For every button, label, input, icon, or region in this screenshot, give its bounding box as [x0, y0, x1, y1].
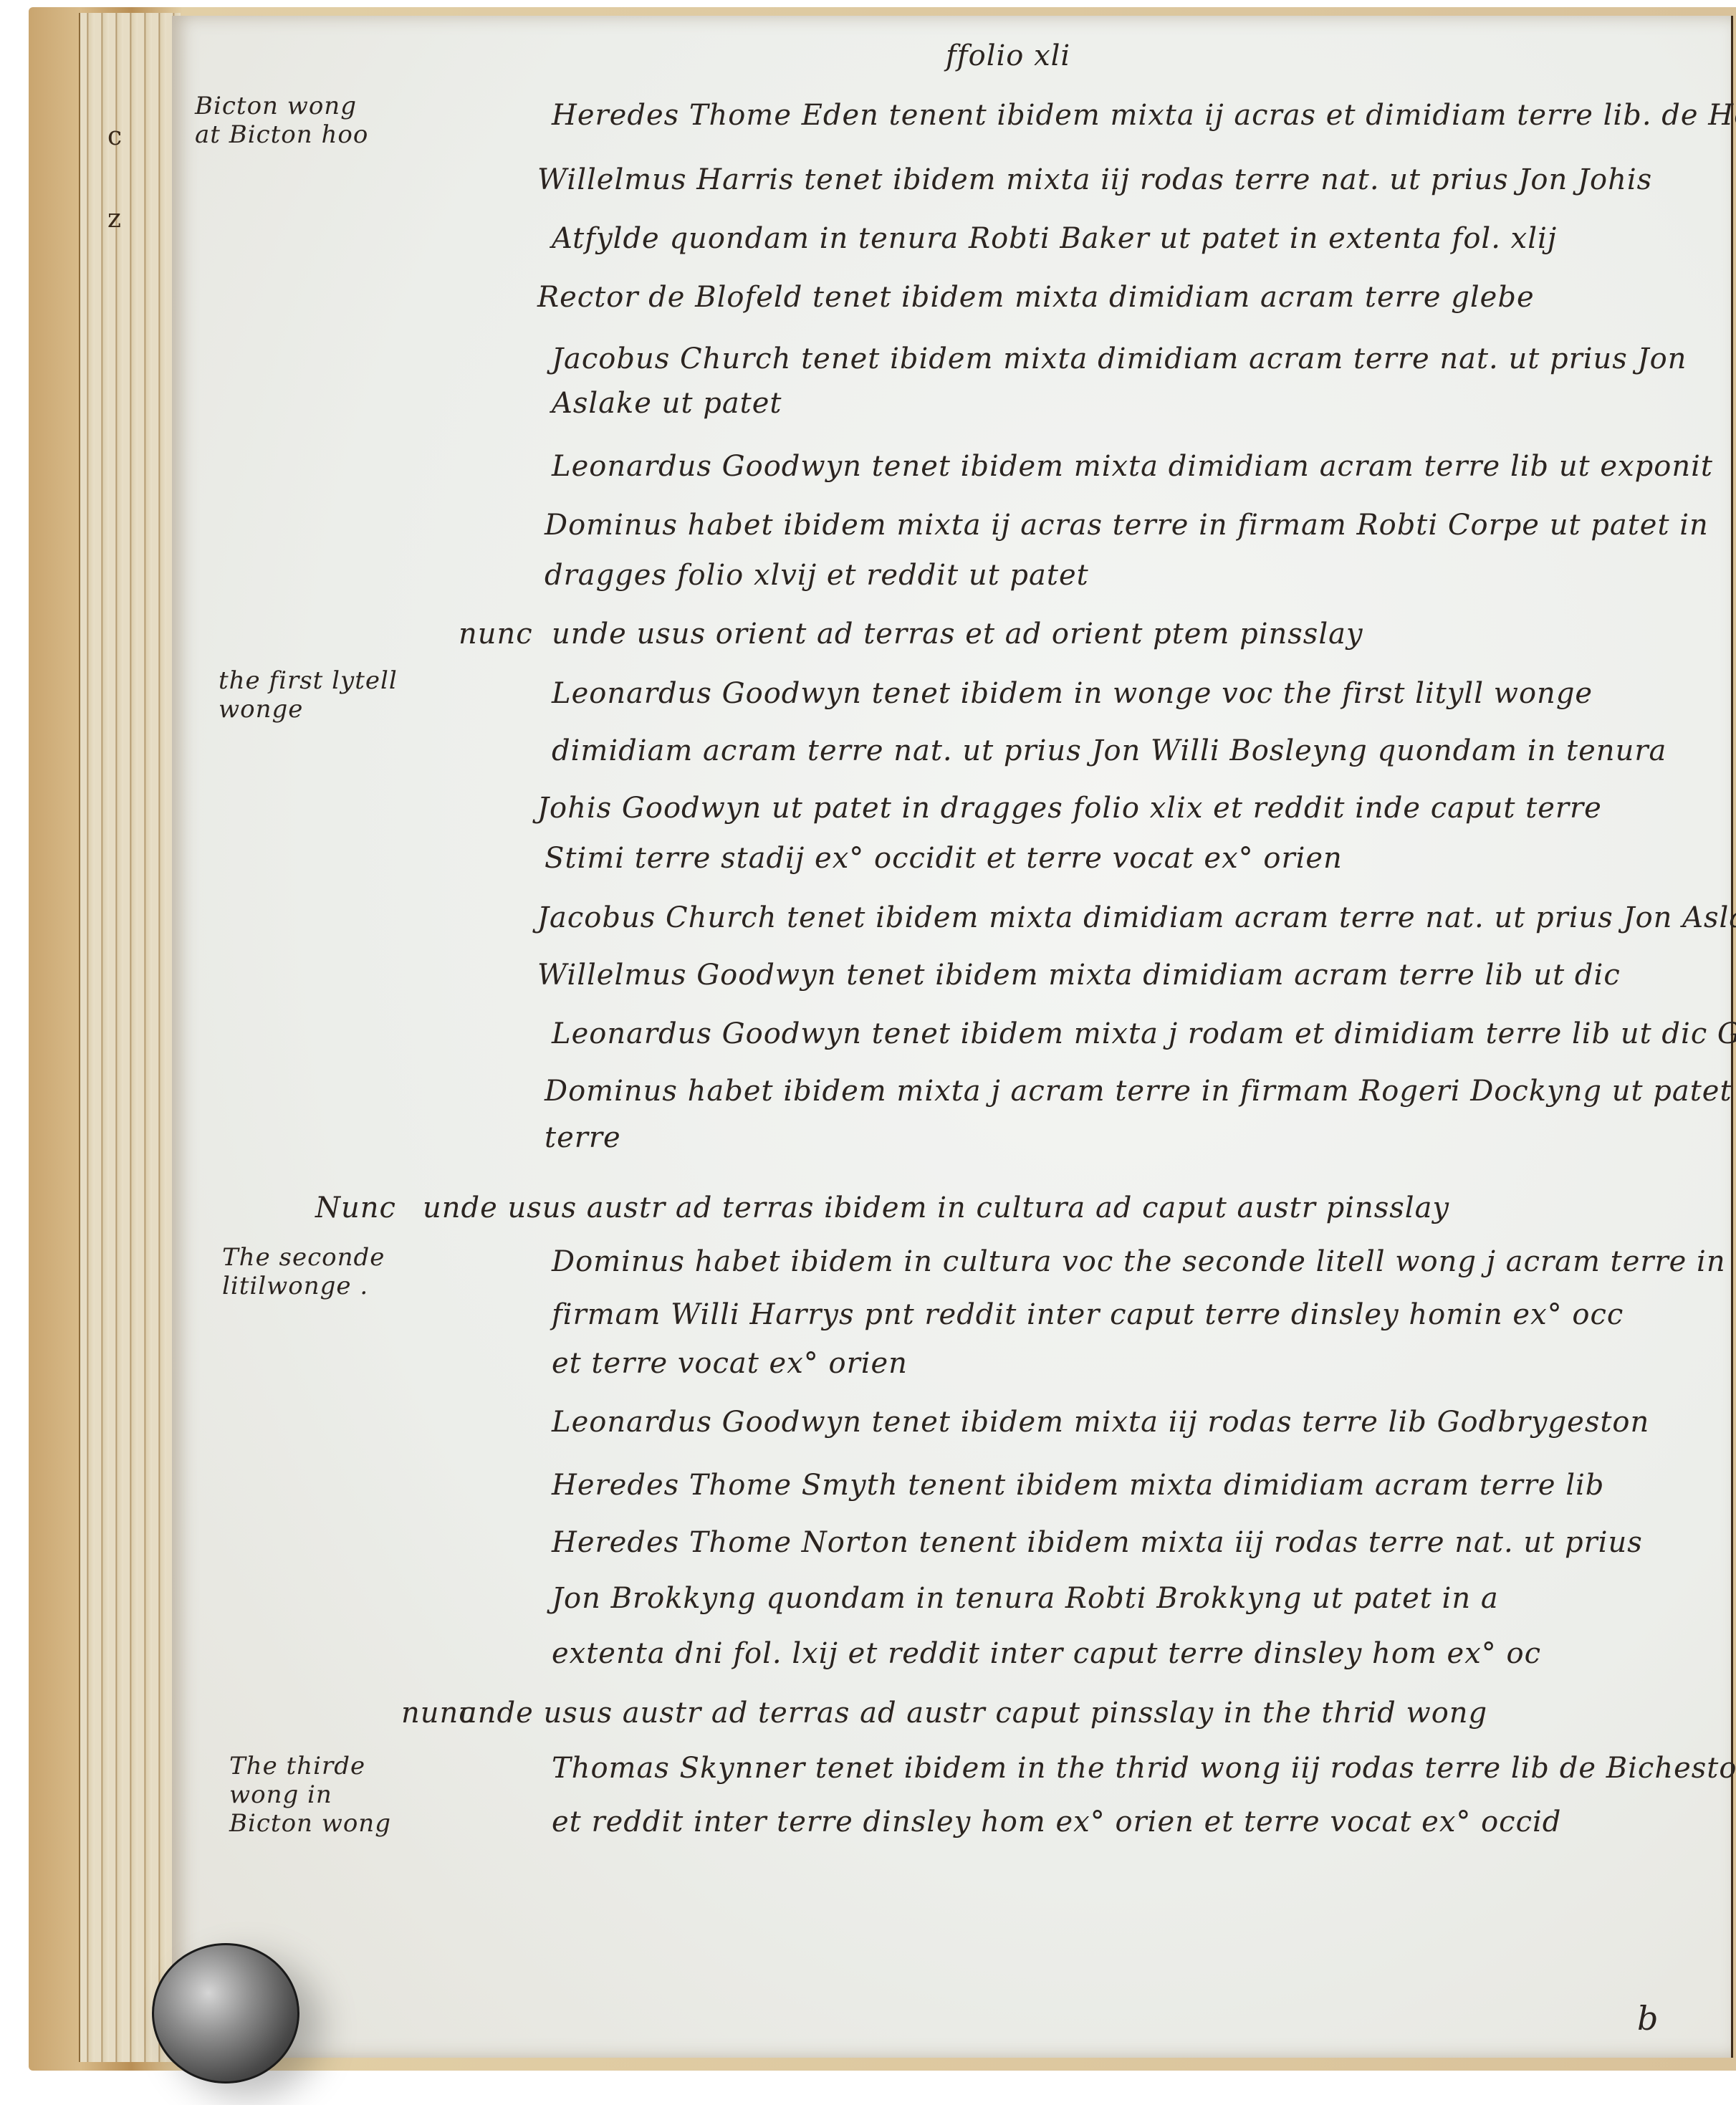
text-line: Atfylde quondam in tenura Robti Baker ut…	[552, 222, 1557, 255]
text-line: Johis Goodwyn ut patet in dragges folio …	[537, 792, 1602, 825]
text-line: Heredes Thome Smyth tenent ibidem mixta …	[552, 1469, 1604, 1502]
margin-note-line: at Bicton hoo	[195, 120, 368, 149]
text-line: dragges folio xlvij et reddit ut patet	[545, 559, 1089, 592]
margin-note-line: wong in	[229, 1780, 391, 1809]
margin-note-line: Bicton wong	[229, 1809, 391, 1838]
text-line: Leonardus Goodwyn tenet ibidem in wonge …	[552, 677, 1593, 710]
spine-mark-z: z	[107, 204, 121, 234]
text-line: terre	[545, 1121, 621, 1154]
margin-note-line: Bicton wong	[195, 92, 368, 120]
text-line: Dominus habet ibidem mixta j acram terre…	[545, 1075, 1732, 1108]
text-line: Heredes Thome Eden tenent ibidem mixta i…	[552, 99, 1736, 132]
text-line: Dominus habet ibidem mixta ij acras terr…	[545, 509, 1709, 542]
text-line: Aslake ut patet	[552, 387, 782, 420]
folio-heading: ffolio xli	[946, 39, 1070, 72]
text-line: extenta dni fol. lxij et reddit inter ca…	[552, 1637, 1541, 1670]
text-line: Willelmus Goodwyn tenet ibidem mixta dim…	[537, 959, 1621, 992]
margin-note-line: the first lytell	[219, 666, 398, 695]
text-line: Jacobus Church tenet ibidem mixta dimidi…	[552, 342, 1687, 375]
text-line: Leonardus Goodwyn tenet ibidem mixta dim…	[552, 450, 1713, 483]
page-edges	[79, 13, 181, 2062]
text-line: Dominus habet ibidem in cultura voc the …	[552, 1245, 1726, 1278]
margin-note-line: The thirde	[229, 1752, 391, 1780]
margin-note-first-lytell-wonge: the first lytell wonge	[219, 666, 398, 724]
text-line: unde usus austr ad terras ibidem in cult…	[423, 1191, 1449, 1224]
text-line: Jon Brokkyng quondam in tenura Robti Bro…	[552, 1582, 1499, 1615]
text-line: unde usus austr ad terras ad austr caput…	[459, 1697, 1487, 1730]
margin-note-line: litilwonge .	[222, 1272, 385, 1300]
text-line: et terre vocat ex° orien	[552, 1347, 908, 1380]
text-line: Thomas Skynner tenet ibidem in the thrid…	[552, 1752, 1736, 1785]
margin-note-nunc-1: nunc	[459, 618, 533, 651]
text-line: dimidiam acram terre nat. ut prius Jon W…	[552, 734, 1667, 767]
margin-note-nunc-2: Nunc	[315, 1191, 396, 1224]
margin-note-line: wonge	[219, 695, 398, 724]
text-line: Jacobus Church tenet ibidem mixta dimidi…	[537, 901, 1736, 934]
text-line: Stimi terre stadij ex° occidit et terre …	[545, 842, 1343, 875]
text-line: Leonardus Goodwyn tenet ibidem mixta iij…	[552, 1406, 1649, 1439]
text-line: Rector de Blofeld tenet ibidem mixta dim…	[537, 281, 1535, 314]
text-line: firmam Willi Harrys pnt reddit inter cap…	[552, 1298, 1624, 1331]
margin-note-bicton: Bicton wong at Bicton hoo	[195, 92, 368, 149]
signature-mark: b	[1637, 1999, 1659, 2038]
margin-note-line: The seconde	[222, 1243, 385, 1272]
text-line: Heredes Thome Norton tenent ibidem mixta…	[552, 1526, 1643, 1559]
spine-mark-c: c	[107, 122, 122, 151]
text-line: Willelmus Harris tenet ibidem mixta iij …	[537, 163, 1652, 196]
text-line: unde usus orient ad terras et ad orient …	[552, 618, 1363, 651]
metal-clasp-boss	[152, 1943, 299, 2084]
margin-note-thirde-wong: The thirde wong in Bicton wong	[229, 1752, 391, 1838]
text-line: et reddit inter terre dinsley hom ex° or…	[552, 1806, 1561, 1838]
text-line: Leonardus Goodwyn tenet ibidem mixta j r…	[552, 1017, 1736, 1050]
margin-note-seconde-litilwonge: The seconde litilwonge .	[222, 1243, 385, 1300]
